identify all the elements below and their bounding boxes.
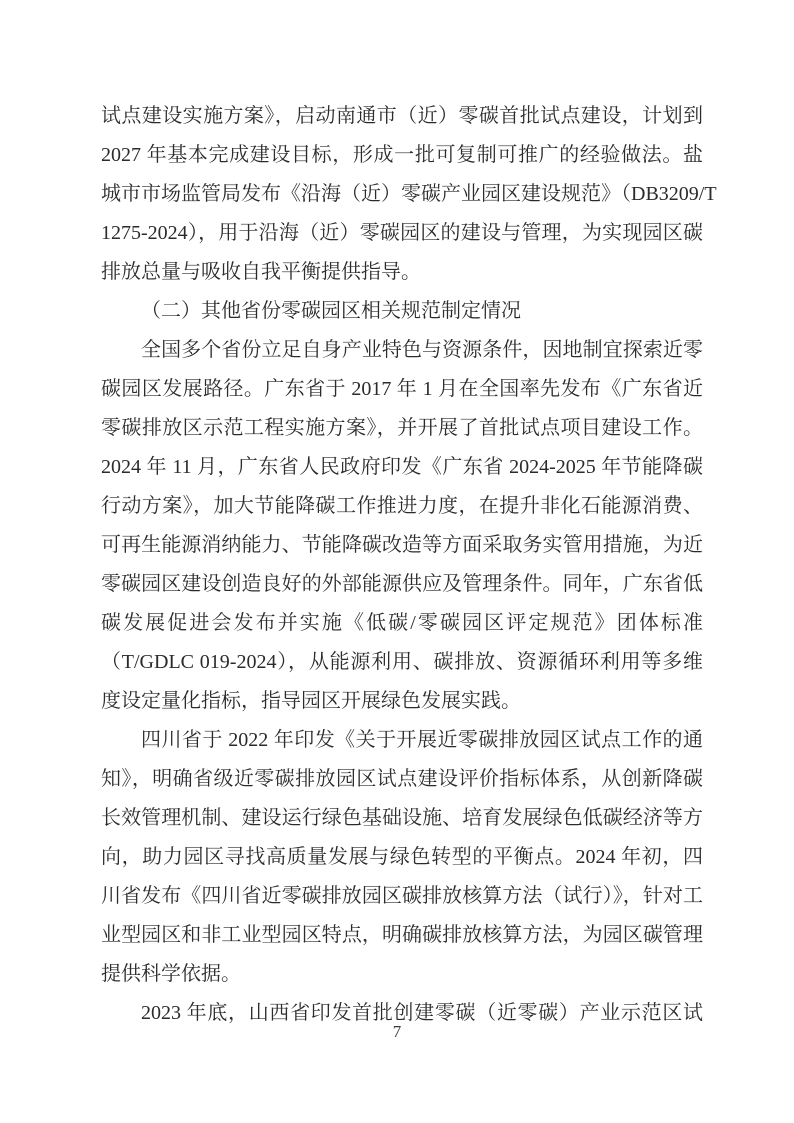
text-line: 试点建设实施方案》，启动南通市（近）零碳首批试点建设，计划到 (101, 97, 703, 136)
text-line: （T/GDLC 019-2024），从能源利用、碳排放、资源循环利用等多维 (101, 643, 703, 682)
text-line: 2024 年 11 月，广东省人民政府印发《广东省 2024-2025 年节能降… (101, 448, 703, 487)
text-line: 可再生能源消纳能力、节能降碳改造等方面采取务实管用措施，为近 (101, 526, 703, 565)
text-line: 提供科学依据。 (101, 955, 703, 994)
page-number: 7 (0, 1022, 794, 1042)
text-line: 向，助力园区寻找高质量发展与绿色转型的平衡点。2024 年初，四 (101, 838, 703, 877)
text-line: 2027 年基本完成建设目标，形成一批可复制可推广的经验做法。盐 (101, 136, 703, 175)
text-line: 排放总量与吸收自我平衡提供指导。 (101, 253, 703, 292)
text-line: 碳发展促进会发布并实施《低碳/零碳园区评定规范》团体标准 (101, 604, 703, 643)
text-line: 行动方案》，加大节能降碳工作推进力度，在提升非化石能源消费、 (101, 487, 703, 526)
text-line: 城市市场监管局发布《沿海（近）零碳产业园区建设规范》（DB3209/T (101, 175, 703, 214)
text-line: 零碳园区建设创造良好的外部能源供应及管理条件。同年，广东省低 (101, 565, 703, 604)
text-line: 业型园区和非工业型园区特点，明确碳排放核算方法，为园区碳管理 (101, 916, 703, 955)
text-line: 1275-2024），用于沿海（近）零碳园区的建设与管理，为实现园区碳 (101, 214, 703, 253)
text-line: 碳园区发展路径。广东省于 2017 年 1 月在全国率先发布《广东省近 (101, 370, 703, 409)
text-line: 全国多个省份立足自身产业特色与资源条件，因地制宜探索近零 (101, 331, 703, 370)
text-line: 长效管理机制、建设运行绿色基础设施、培育发展绿色低碳经济等方 (101, 799, 703, 838)
document-page: 试点建设实施方案》，启动南通市（近）零碳首批试点建设，计划到2027 年基本完成… (0, 0, 794, 1123)
text-line: 川省发布《四川省近零碳排放园区碳排放核算方法（试行）》，针对工 (101, 877, 703, 916)
document-body: 试点建设实施方案》，启动南通市（近）零碳首批试点建设，计划到2027 年基本完成… (101, 97, 703, 1033)
text-line: 四川省于 2022 年印发《关于开展近零碳排放园区试点工作的通 (101, 721, 703, 760)
text-line: 知》，明确省级近零碳排放园区试点建设评价指标体系，从创新降碳 (101, 760, 703, 799)
text-line: 零碳排放区示范工程实施方案》，并开展了首批试点项目建设工作。 (101, 409, 703, 448)
text-line: 度设定量化指标，指导园区开展绿色发展实践。 (101, 682, 703, 721)
text-line: （二）其他省份零碳园区相关规范制定情况 (101, 292, 703, 331)
